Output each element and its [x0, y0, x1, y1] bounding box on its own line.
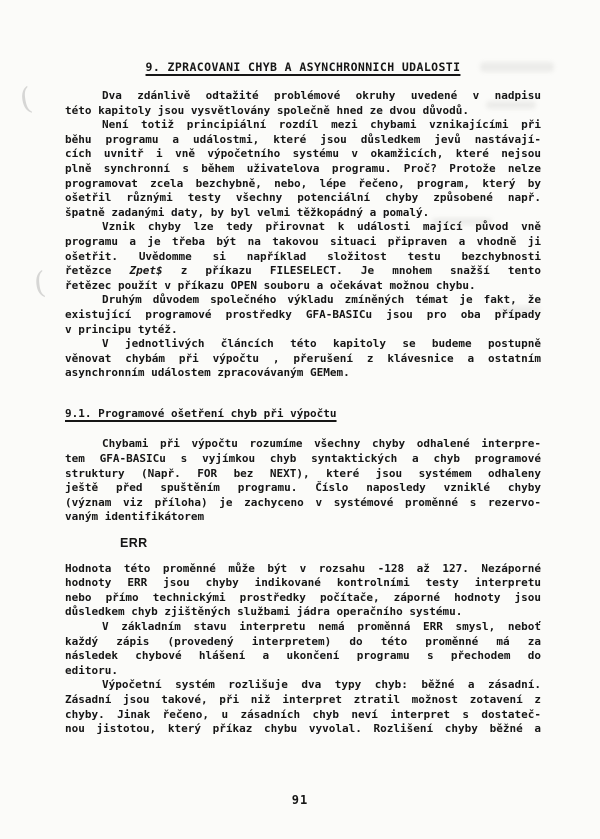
margin-scan-mark: (	[32, 265, 47, 301]
chapter-heading: 9. ZPRACOVANI CHYB A ASYNCHRONNICH UDALO…	[65, 60, 541, 74]
text-line: nebo přímo technickými prostředky počíta…	[65, 591, 541, 606]
text-line: Dva zdánlivě odtažité problémové okruhy …	[65, 89, 541, 104]
paragraph: Vznik chyby lze tedy přirovnat k událost…	[65, 220, 541, 293]
text-line: řetězce Zpet$ z příkazu FILESELECT. Je m…	[65, 264, 541, 279]
text-line: ještě před spuštěním programu. Číslo nap…	[65, 481, 541, 496]
text-line: editoru.	[65, 664, 541, 679]
text-line: běhu programu a událostmi, které jsou dů…	[65, 133, 541, 148]
text-line: Vznik chyby lze tedy přirovnat k událost…	[65, 220, 541, 235]
text-line: (význam viz příloha) je zachyceno v syst…	[65, 496, 541, 511]
text-line: plně synchronní s během uživatelova prog…	[65, 162, 541, 177]
document-body: Dva zdánlivě odtažité problémové okruhy …	[65, 89, 541, 737]
text-line: hodnoty ERR jsou chyby indikované kontro…	[65, 576, 541, 591]
paragraph: Hodnota této proměnné může být v rozsahu…	[65, 562, 541, 620]
text-line: V základním stavu interpretu nemá proměn…	[65, 620, 541, 635]
text-line: Není totiž principiální rozdíl mezi chyb…	[65, 118, 541, 133]
text-line: programu a je třeba být na takovou situa…	[65, 235, 541, 250]
text-line: každý zápis (provedený interpretem) do t…	[65, 635, 541, 650]
scanned-document-page: ( ( 9. ZPRACOVANI CHYB A ASYNCHRONNICH U…	[0, 0, 600, 839]
keyword: ERR	[65, 536, 541, 551]
text-line: řetězec použít v příkazu OPEN souboru a …	[65, 279, 541, 294]
margin-scan-mark: (	[17, 81, 35, 118]
text-line: věnovat chybám při výpočtu , přerušení z…	[65, 352, 541, 367]
paragraph: Druhým důvodem společného výkladu zmíněn…	[65, 293, 541, 337]
text-line: programovat zcela bezchybně, nebo, lépe …	[65, 177, 541, 192]
paragraph: Chybami při výpočtu rozumíme všechny chy…	[65, 437, 541, 525]
text-line: ošetřit. Uvědomme si například složitost…	[65, 250, 541, 265]
text-line: struktury (Např. FOR bez NEXT), které js…	[65, 467, 541, 482]
text-line: důsledkem chyb zjištěných službami jádra…	[65, 605, 541, 620]
text-line: cích uvnitř i vně výpočetního systému v …	[65, 147, 541, 162]
text-line: existující programové prostředky GFA-BAS…	[65, 308, 541, 323]
text-line: vaným identifikátorem	[65, 510, 541, 525]
text-line: chyby. Jinak řečeno, u zásadních chyb ne…	[65, 708, 541, 723]
text-line: následek chybové hlášení a ukončení prog…	[65, 649, 541, 664]
paragraph: Není totiž principiální rozdíl mezi chyb…	[65, 118, 541, 220]
paragraph: V jednotlivých článcích této kapitoly se…	[65, 337, 541, 381]
text-line: V jednotlivých článcích této kapitoly se…	[65, 337, 541, 352]
text-line: Druhým důvodem společného výkladu zmíněn…	[65, 293, 541, 308]
paragraph: Výpočetní systém rozlišuje dva typy chyb…	[65, 678, 541, 736]
paragraph: V základním stavu interpretu nemá proměn…	[65, 620, 541, 678]
text-line: této kapitoly jsou vysvětlovány společně…	[65, 104, 541, 119]
text-line: Zásadní jsou takové, při niž interpret z…	[65, 693, 541, 708]
page-number: 91	[0, 793, 600, 807]
text-line: v principu tytéž.	[65, 323, 541, 338]
text-line: ošetřil různými testy všechny potenciáln…	[65, 191, 541, 206]
text-line: tem GFA-BASICu s vyjímkou chyb syntaktic…	[65, 452, 541, 467]
text-line: asynchronním událostem zpracovávaným GEM…	[65, 366, 541, 381]
text-line: Výpočetní systém rozlišuje dva typy chyb…	[65, 678, 541, 693]
text-line: Hodnota této proměnné může být v rozsahu…	[65, 562, 541, 577]
text-line: špatně zadanými daty, by byl velmi těžko…	[65, 206, 541, 221]
paragraph: Dva zdánlivě odtažité problémové okruhy …	[65, 89, 541, 118]
text-line: nou jistotou, který příkaz chybu vyvolal…	[65, 722, 541, 737]
section-heading: 9.1. Programové ošetření chyb při výpočt…	[65, 407, 541, 422]
text-line: Chybami při výpočtu rozumíme všechny chy…	[65, 437, 541, 452]
